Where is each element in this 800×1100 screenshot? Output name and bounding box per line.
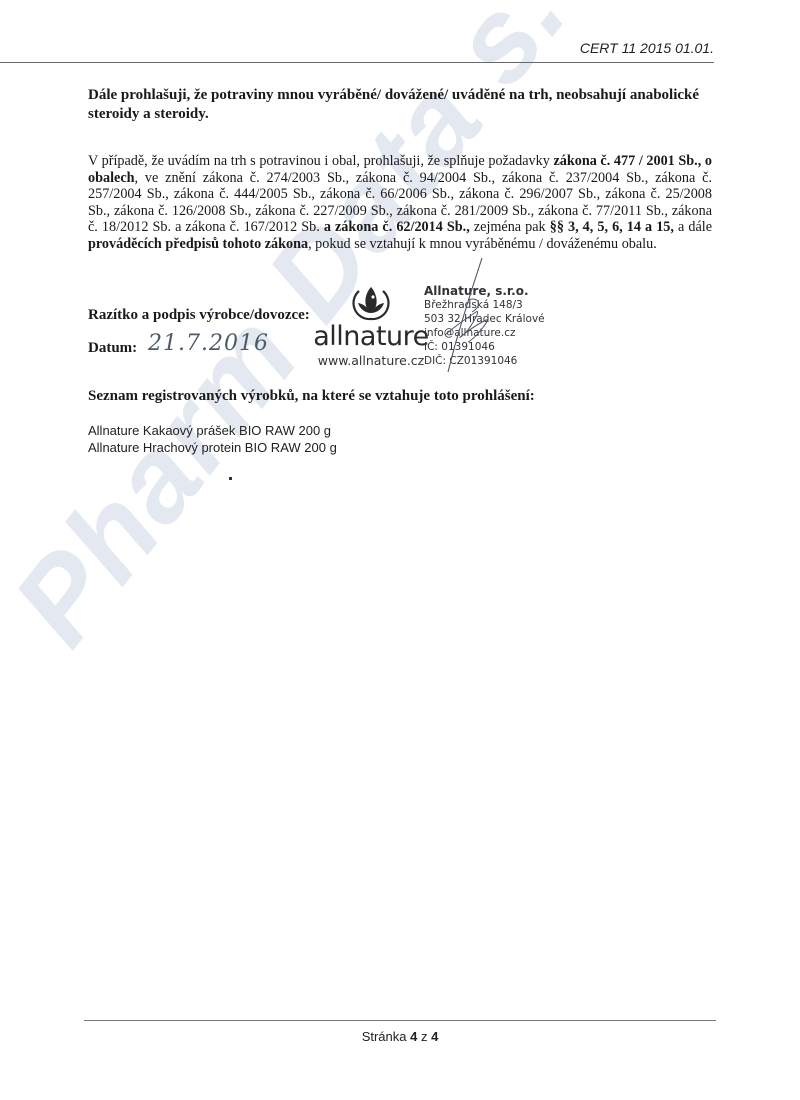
page-separator: z xyxy=(417,1029,431,1044)
packaging-intro: V případě, že uvádím na trh s potravinou… xyxy=(88,153,553,169)
page-number: Stránka 4 z 4 xyxy=(0,1029,800,1044)
products-list: Allnature Kakaový prášek BIO RAW 200 g A… xyxy=(88,422,337,456)
handwritten-date: 21.7.2016 xyxy=(148,331,269,356)
product-item: Allnature Kakaový prášek BIO RAW 200 g xyxy=(88,422,337,439)
text-fragment: , pokud se vztahují k mnou vyráběnému / … xyxy=(308,236,657,252)
law-regulations: prováděcích předpisů tohoto zákona xyxy=(88,236,308,252)
page-prefix: Stránka xyxy=(362,1029,410,1044)
company-name: Allnature, s.r.o. xyxy=(424,284,545,298)
document-code: CERT 11 2015 01.01. xyxy=(580,40,714,56)
company-stamp: Allnature, s.r.o. Břežhradská 148/3 503 … xyxy=(424,284,545,368)
law-last: a zákona č. 62/2014 Sb., xyxy=(324,219,470,235)
company-city: 503 32 Hradec Králové xyxy=(424,312,545,326)
declaration-packaging: V případě, že uvádím na trh s potravinou… xyxy=(88,153,712,252)
header-divider xyxy=(0,62,714,63)
leaf-logo-icon xyxy=(349,283,393,323)
footer-divider xyxy=(84,1020,716,1021)
logo-wordmark: allnature xyxy=(306,323,436,351)
text-fragment: zejména pak xyxy=(470,219,550,235)
text-fragment: a dále xyxy=(674,219,712,235)
products-heading: Seznam registrovaných výrobků, na které … xyxy=(88,388,712,405)
law-sections: §§ 3, 4, 5, 6, 14 a 15, xyxy=(550,219,674,235)
company-website: www.allnature.cz xyxy=(306,353,436,368)
company-dic: DIČ: CZ01391046 xyxy=(424,354,545,368)
company-ico: IČ: 01391046 xyxy=(424,340,545,354)
total-pages: 4 xyxy=(431,1029,438,1044)
stamp-signature-label: Razítko a podpis výrobce/dovozce: xyxy=(88,307,310,324)
company-logo: allnature www.allnature.cz xyxy=(306,283,436,368)
date-label: Datum: xyxy=(88,340,137,357)
declaration-steroids: Dále prohlašuji, že potraviny mnou vyráb… xyxy=(88,86,712,124)
company-email: info@allnature.cz xyxy=(424,326,545,340)
product-item: Allnature Hrachový protein BIO RAW 200 g xyxy=(88,439,337,456)
scan-speck xyxy=(229,477,232,480)
company-street: Břežhradská 148/3 xyxy=(424,298,545,312)
